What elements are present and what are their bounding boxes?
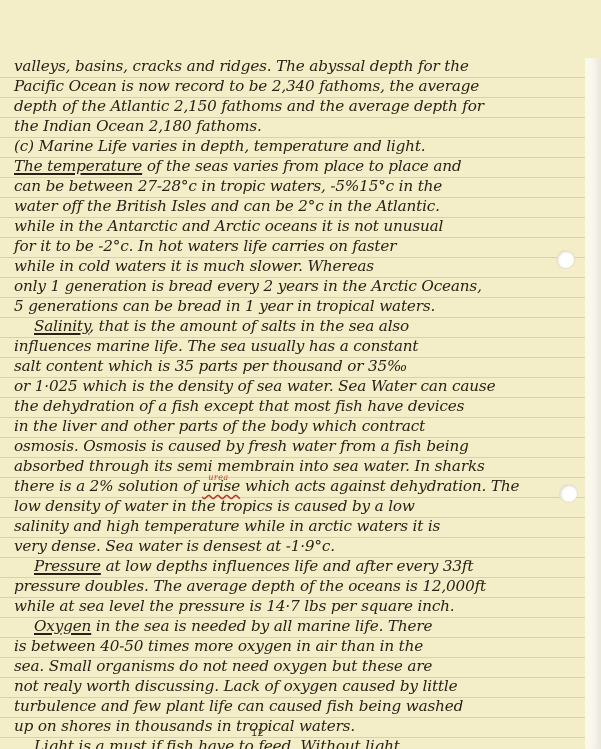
text-line: pressure doubles. The average depth of t…: [14, 576, 579, 596]
text-line: Pressure at low depths influences life a…: [14, 556, 579, 576]
text-line: in the liver and other parts of the body…: [14, 416, 579, 436]
text-line: very dense. Sea water is densest at -1·9…: [14, 536, 579, 556]
text-fragment: of the seas varies from place to place a…: [142, 157, 461, 175]
text-line: depth of the Atlantic 2,150 fathoms and …: [14, 96, 579, 116]
top-margin: [0, 0, 601, 58]
text-line: while in cold waters it is much slower. …: [14, 256, 579, 276]
text-line: Oxygen in the sea is needed by all marin…: [14, 616, 579, 636]
handwritten-text: valleys, basins, cracks and ridges. The …: [14, 56, 579, 749]
text-fragment: which acts against dehydration. The: [240, 477, 519, 495]
corrected-word: uriseurea: [202, 477, 240, 495]
text-line: influences marine life. The sea usually …: [14, 336, 579, 356]
text-fragment: at low depths influences life and after …: [101, 557, 473, 575]
text-line: sea. Small organisms do not need oxygen …: [14, 656, 579, 676]
text-line: low density of water in the tropics is c…: [14, 496, 579, 516]
text-line: water off the British Isles and can be 2…: [14, 196, 579, 216]
underlined-topic-light: Light: [34, 737, 74, 749]
text-line: valleys, basins, cracks and ridges. The …: [14, 56, 579, 76]
text-line: the Indian Ocean 2,180 fathoms.: [14, 116, 579, 136]
underlined-topic-pressure: Pressure: [34, 557, 101, 575]
text-line: while in the Antarctic and Arctic oceans…: [14, 216, 579, 236]
text-line: Salinity, that is the amount of salts in…: [14, 316, 579, 336]
text-line: 5 generations can be bread in 1 year in …: [14, 296, 579, 316]
underlined-topic-oxygen: Oxygen: [34, 617, 91, 635]
page-number: 12: [251, 728, 264, 739]
text-line: is between 40-50 times more oxygen in ai…: [14, 636, 579, 656]
text-line: for it to be -2°c. In hot waters life ca…: [14, 236, 579, 256]
text-line: absorbed through its semi membrain into …: [14, 456, 579, 476]
text-line: The temperature of the seas varies from …: [14, 156, 579, 176]
underlined-topic-salinity: Salinity: [34, 317, 89, 335]
section-heading-marine-life: (c) Marine Life varies in depth, tempera…: [14, 136, 579, 156]
text-line: only 1 generation is bread every 2 years…: [14, 276, 579, 296]
text-line: not realy worth discussing. Lack of oxyg…: [14, 676, 579, 696]
text-fragment: there is a 2% solution of: [14, 477, 202, 495]
text-line: osmosis. Osmosis is caused by fresh wate…: [14, 436, 579, 456]
underlined-topic-temperature: The temperature: [14, 157, 142, 175]
text-fragment: is a must if fish have to feed. Without …: [74, 737, 400, 749]
text-fragment: , that is the amount of salts in the sea…: [89, 317, 409, 335]
text-line: up on shores in thousands in tropical wa…: [14, 716, 579, 736]
text-line: can be between 27-28°c in tropic waters,…: [14, 176, 579, 196]
text-line: salinity and high temperature while in a…: [14, 516, 579, 536]
red-correction-annotation: urea: [208, 468, 228, 488]
text-line: the dehydration of a fish except that mo…: [14, 396, 579, 416]
text-line: Pacific Ocean is now record to be 2,340 …: [14, 76, 579, 96]
text-line: Light is a must if fish have to feed. Wi…: [14, 736, 579, 749]
notebook-page: valleys, basins, cracks and ridges. The …: [0, 0, 601, 749]
text-line: turbulence and few plant life can caused…: [14, 696, 579, 716]
text-line: salt content which is 35 parts per thous…: [14, 356, 579, 376]
text-line: while at sea level the pressure is 14·7 …: [14, 596, 579, 616]
text-line: there is a 2% solution of uriseurea whic…: [14, 476, 579, 496]
text-fragment: in the sea is needed by all marine life.…: [91, 617, 432, 635]
text-line: or 1·025 which is the density of sea wat…: [14, 376, 579, 396]
